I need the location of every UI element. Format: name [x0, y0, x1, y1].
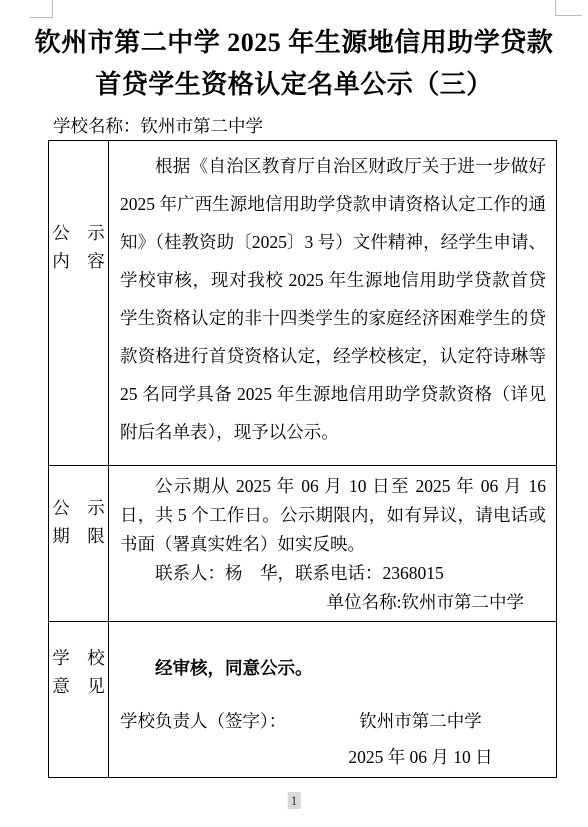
page-title: 钦州市第二中学 2025 年生源地信用助学贷款首贷学生资格认定名单公示（三） — [34, 22, 554, 106]
row-header-opinion: 学 校 意 见 — [49, 622, 109, 778]
signer-block: 钦州市第二中学 2025 年 06 月 10 日 — [313, 707, 528, 772]
margin-crop-mark-top-right — [555, 15, 582, 16]
row-header-label: 期 限 — [51, 522, 106, 550]
row-header-period: 公 示 期 限 — [49, 466, 109, 622]
page-number: 1 — [288, 792, 301, 809]
signature-date: 2025 年 06 月 10 日 — [313, 743, 528, 772]
margin-crop-mark-top-left — [52, 0, 53, 17]
row-header-label: 意 见 — [51, 672, 106, 700]
row-header-label: 公 示 — [51, 494, 106, 522]
table-row-content: 公 示 内 容 根据《自治区教育厅自治区财政厅关于进一步做好 2025 年广西生… — [49, 141, 557, 466]
period-cell: 公示期从 2025 年 06 月 10 日至 2025 年 06 月 16 日，… — [109, 466, 557, 622]
row-header-label: 内 容 — [51, 247, 106, 275]
signer-name: 钦州市第二中学 — [313, 707, 528, 736]
signature-label: 学校负责人（签字）： — [120, 707, 286, 736]
opinion-cell: 经审核，同意公示。 学校负责人（签字）： 钦州市第二中学 2025 年 06 月… — [109, 622, 557, 778]
period-paragraph: 公示期从 2025 年 06 月 10 日至 2025 年 06 月 16 日，… — [120, 472, 546, 559]
opinion-statement: 经审核，同意公示。 — [120, 654, 546, 683]
contact-line: 联系人：杨 华，联系电话：2368015 — [120, 559, 546, 588]
announcement-table: 公 示 内 容 根据《自治区教育厅自治区财政厅关于进一步做好 2025 年广西生… — [48, 140, 557, 778]
school-name-line: 学校名称：钦州市第二中学 — [53, 114, 588, 138]
content-cell: 根据《自治区教育厅自治区财政厅关于进一步做好 2025 年广西生源地信用助学贷款… — [109, 141, 557, 466]
unit-name-line: 单位名称:钦州市第二中学 — [120, 588, 546, 617]
table-row-period: 公 示 期 限 公示期从 2025 年 06 月 10 日至 2025 年 06… — [49, 466, 557, 622]
row-header-content: 公 示 内 容 — [49, 141, 109, 466]
margin-crop-mark-top-right — [555, 0, 556, 15]
margin-crop-mark-top-left — [30, 17, 53, 18]
row-header-label: 学 校 — [51, 644, 106, 672]
content-paragraph: 根据《自治区教育厅自治区财政厅关于进一步做好 2025 年广西生源地信用助学贷款… — [120, 147, 546, 451]
row-header-label: 公 示 — [51, 219, 106, 247]
table-row-opinion: 学 校 意 见 经审核，同意公示。 学校负责人（签字）： 钦州市第二中学 202… — [49, 622, 557, 778]
